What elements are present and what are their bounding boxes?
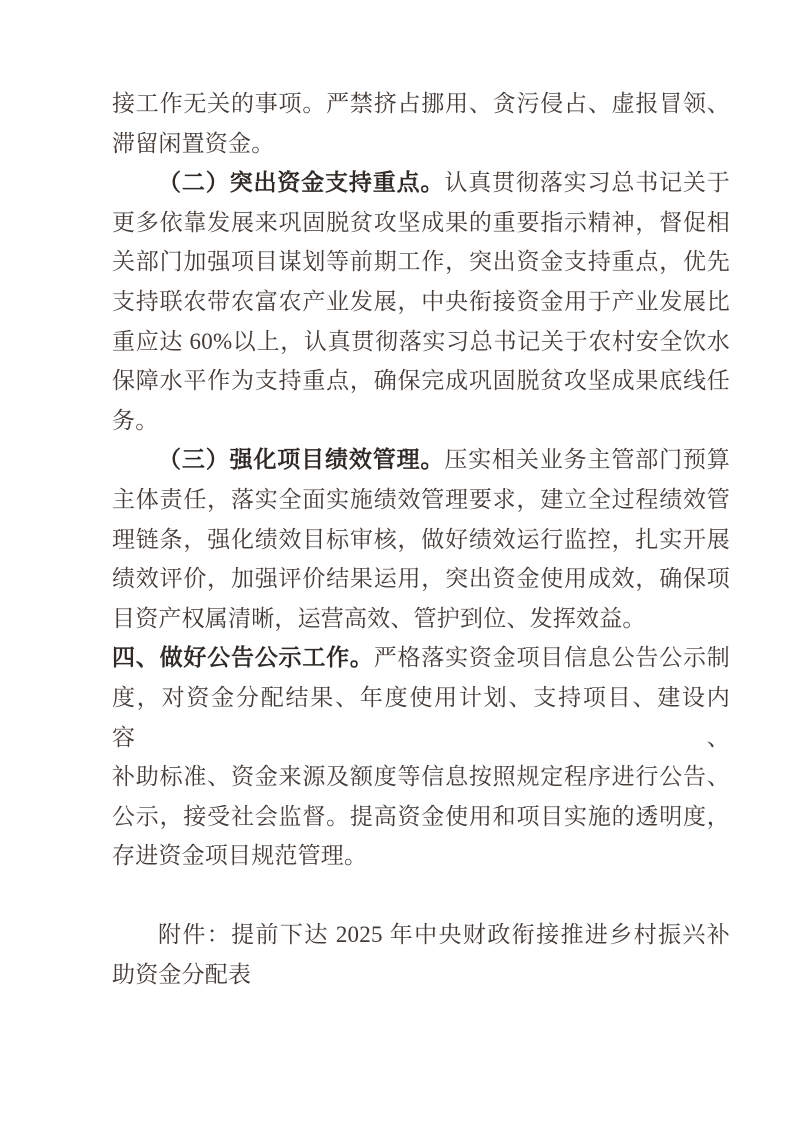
text-line: （二）突出资金支持重点。认真贯彻落实习总书记关于 xyxy=(112,163,730,203)
text-line: 接工作无关的事项。严禁挤占挪用、贪污侵占、虚报冒领、 xyxy=(112,84,730,124)
text-line: 主体责任，落实全面实施绩效管理要求，建立全过程绩效管 xyxy=(112,480,730,520)
heading-text: （二）突出资金支持重点。 xyxy=(158,170,444,195)
body-text: 补助标准、资金来源及额度等信息按照规定程序进行公告、 xyxy=(112,764,730,789)
text-line: 绩效评价，加强评价结果运用，突出资金使用成效，确保项 xyxy=(112,559,730,599)
body-text: 绩效评价，加强评价结果运用，突出资金使用成效，确保项 xyxy=(112,566,730,591)
body-text: 附件：提前下达 2025 年中央财政衔接推进乡村振兴补 xyxy=(158,922,730,947)
text-line: （三）强化项目绩效管理。压实相关业务主管部门预算 xyxy=(112,440,730,480)
text-line: 附件：提前下达 2025 年中央财政衔接推进乡村振兴补 xyxy=(112,915,730,955)
text-line: 关部门加强项目谋划等前期工作，突出资金支持重点，优先 xyxy=(112,242,730,282)
text-line: 重应达 60%以上，认真贯彻落实习总书记关于农村安全饮水 xyxy=(112,322,730,362)
body-text: 理链条，强化绩效目标审核，做好绩效运行监控，扎实开展 xyxy=(112,527,730,552)
body-text: 公示，接受社会监督。提高资金使用和项目实施的透明度， xyxy=(112,804,730,829)
body-text: 主体责任，落实全面实施绩效管理要求，建立全过程绩效管 xyxy=(112,487,730,512)
body-text: 压实相关业务主管部门预算 xyxy=(444,447,730,472)
text-line: 度，对资金分配结果、年度使用计划、支持项目、建设内容、 xyxy=(112,678,730,757)
text-line: 补助标准、资金来源及额度等信息按照规定程序进行公告、 xyxy=(112,757,730,797)
text-line: 务。 xyxy=(112,401,730,441)
text-line: 支持联农带农富农产业发展，中央衔接资金用于产业发展比 xyxy=(112,282,730,322)
body-text: 认真贯彻落实习总书记关于 xyxy=(444,170,730,195)
body-text: 助资金分配表 xyxy=(112,962,251,987)
body-text: 重应达 60%以上，认真贯彻落实习总书记关于农村安全饮水 xyxy=(112,329,730,354)
text-line: 助资金分配表 xyxy=(112,955,730,995)
blank-line xyxy=(112,876,730,916)
body-text: 接工作无关的事项。严禁挤占挪用、贪污侵占、虚报冒领、 xyxy=(112,91,730,116)
heading-text: （三）强化项目绩效管理。 xyxy=(158,447,444,472)
text-line: 公示，接受社会监督。提高资金使用和项目实施的透明度， xyxy=(112,797,730,837)
heading-text: 四、做好公告公示工作。 xyxy=(112,645,374,670)
document-page: 接工作无关的事项。严禁挤占挪用、贪污侵占、虚报冒领、滞留闲置资金。（二）突出资金… xyxy=(0,0,793,1122)
body-text: 度，对资金分配结果、年度使用计划、支持项目、建设内容、 xyxy=(112,685,730,750)
text-line: 更多依靠发展来巩固脱贫攻坚成果的重要指示精神，督促相 xyxy=(112,203,730,243)
body-text: 关部门加强项目谋划等前期工作，突出资金支持重点，优先 xyxy=(112,249,730,274)
body-text: 支持联农带农富农产业发展，中央衔接资金用于产业发展比 xyxy=(112,289,730,314)
text-line: 理链条，强化绩效目标审核，做好绩效运行监控，扎实开展 xyxy=(112,520,730,560)
body-text: 目资产权属清晰，运营高效、管护到位、发挥效益。 xyxy=(112,606,646,631)
body-text: 务。 xyxy=(112,408,158,433)
text-line: 目资产权属清晰，运营高效、管护到位、发挥效益。 xyxy=(112,599,730,639)
body-text: 保障水平作为支持重点，确保完成巩固脱贫攻坚成果底线任 xyxy=(112,368,730,393)
text-line: 四、做好公告公示工作。严格落实资金项目信息公告公示制 xyxy=(112,638,730,678)
text-line: 保障水平作为支持重点，确保完成巩固脱贫攻坚成果底线任 xyxy=(112,361,730,401)
text-line: 滞留闲置资金。 xyxy=(112,124,730,164)
text-line: 存进资金项目规范管理。 xyxy=(112,836,730,876)
body-text: 存进资金项目规范管理。 xyxy=(112,843,367,868)
document-body: 接工作无关的事项。严禁挤占挪用、贪污侵占、虚报冒领、滞留闲置资金。（二）突出资金… xyxy=(112,84,730,995)
body-text: 滞留闲置资金。 xyxy=(112,131,274,156)
body-text: 更多依靠发展来巩固脱贫攻坚成果的重要指示精神，督促相 xyxy=(112,210,730,235)
body-text: 严格落实资金项目信息公告公示制 xyxy=(374,645,730,670)
